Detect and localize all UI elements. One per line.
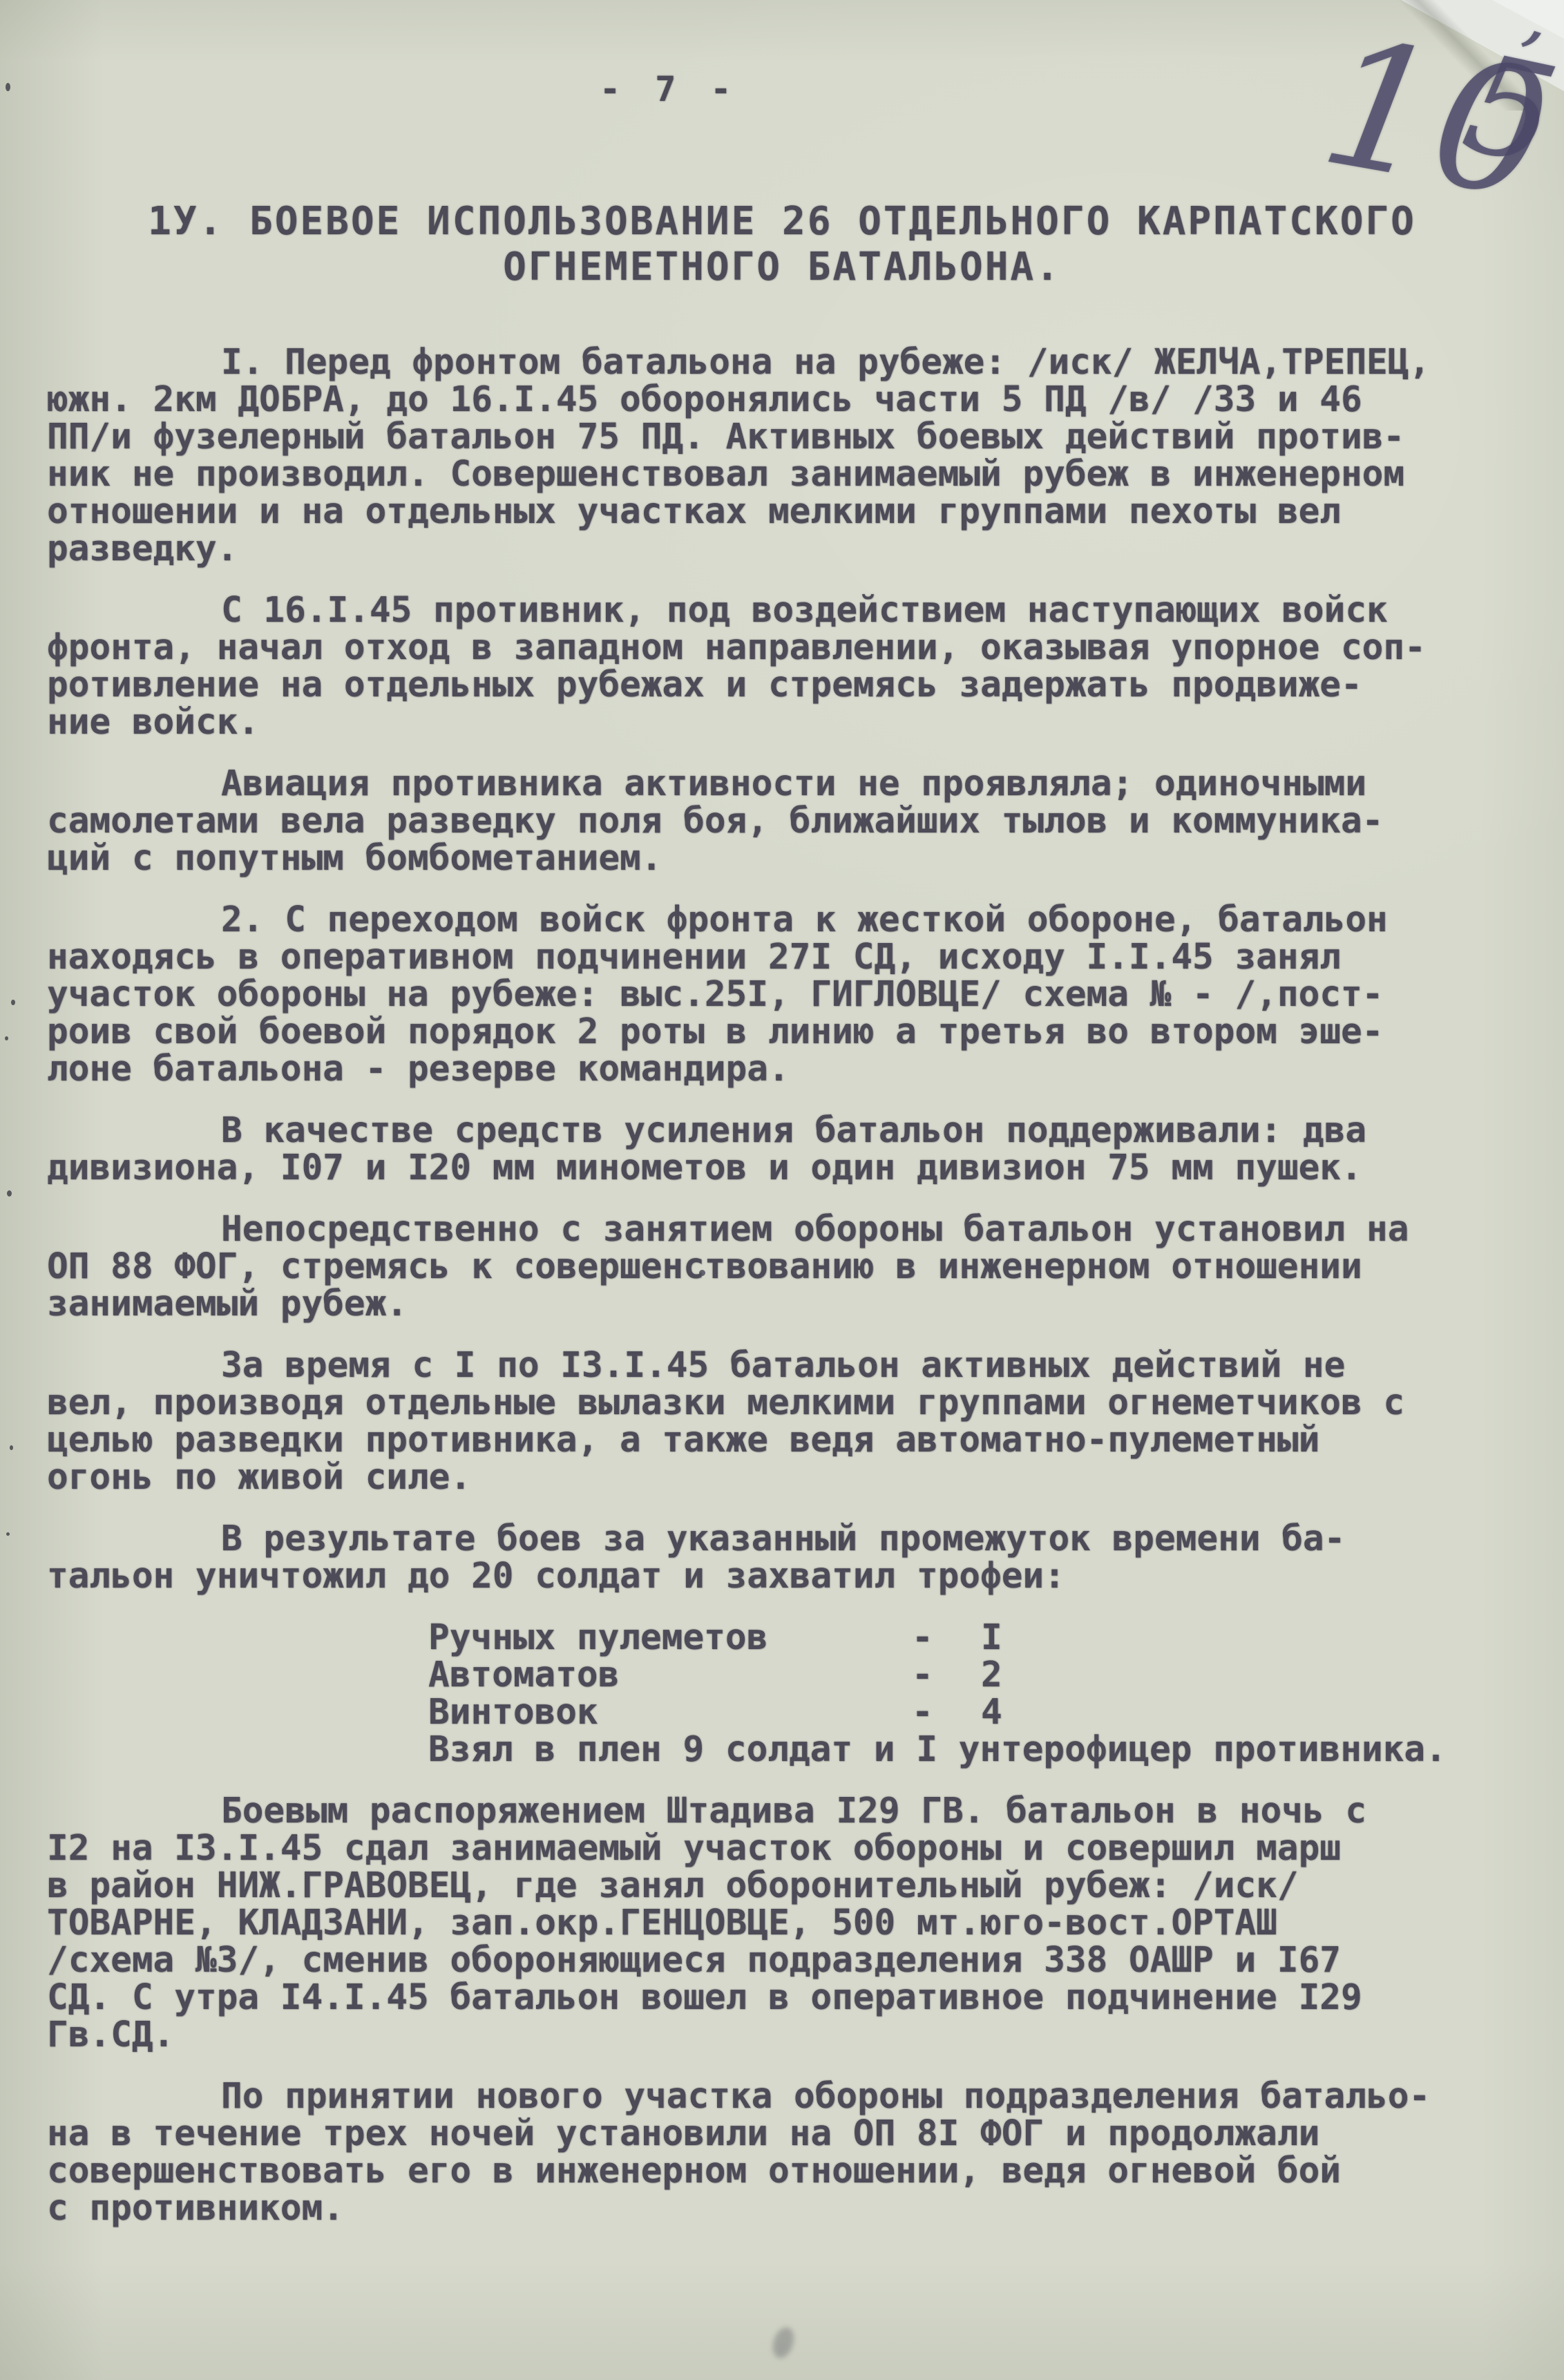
text-line: Гв.СД.: [47, 2017, 1511, 2054]
text-line: фронта, начал отход в западном направлен…: [47, 629, 1511, 667]
paragraph: В результате боев за указанный промежуто…: [47, 1521, 1511, 1595]
text-line: вел, производя отдельные вылазки мелкими…: [47, 1384, 1511, 1422]
ink-speck: [7, 1190, 12, 1197]
trophy-dash: -: [912, 1619, 981, 1657]
trophy-value: I: [981, 1619, 1002, 1657]
page-number: - 7 -: [600, 72, 738, 106]
trophy-summary-line: Взял в плен 9 солдат и I унтерофицер про…: [47, 1731, 1511, 1769]
trophy-label: Автоматов: [428, 1657, 912, 1694]
text-line: Боевым распоряжением Штадива I29 ГВ. бат…: [47, 1793, 1511, 1830]
text-line: дивизиона, I07 и I20 мм минометов и один…: [47, 1150, 1511, 1187]
paragraph: За время с I по I3.I.45 батальон активны…: [47, 1347, 1511, 1496]
trophy-dash: -: [912, 1657, 981, 1694]
text-line: с противником.: [47, 2190, 1511, 2227]
text-line: Авиация противника активности не проявля…: [47, 765, 1511, 803]
paragraph: В качестве средств усиления батальон под…: [47, 1112, 1511, 1187]
text-line: С 16.I.45 противник, под воздействием на…: [47, 592, 1511, 629]
text-line: ций с попутным бомбометанием.: [47, 840, 1511, 877]
document-page: - 7 - 10 5 ʼ 1У. БОЕВОЕ ИСПОЛЬЗОВАНИЕ 26…: [0, 0, 1564, 2380]
text-line: I. Перед фронтом батальона на рубеже: /и…: [47, 344, 1511, 381]
text-line: тальон уничтожил до 20 солдат и захватил…: [47, 1558, 1511, 1595]
text-line: ротивление на отдельных рубежах и стремя…: [47, 667, 1511, 704]
trophy-item: Ручных пулеметов - I: [47, 1619, 1511, 1657]
text-line: в район НИЖ.ГРАВОВЕЦ, где занял оборонит…: [47, 1867, 1511, 1905]
trophy-item: Автоматов - 2: [47, 1657, 1511, 1694]
text-line: южн. 2км ДОБРА, до 16.I.45 оборонялись ч…: [47, 381, 1511, 419]
trophy-label: Винтовок: [428, 1694, 912, 1731]
paragraph: Непосредственно с занятием обороны батал…: [47, 1211, 1511, 1323]
paper-smudge: [770, 2325, 798, 2361]
ink-speck: [11, 1000, 15, 1005]
paragraph: Боевым распоряжением Штадива I29 ГВ. бат…: [47, 1793, 1511, 2054]
text-line: ник не производил. Совершенствовал заним…: [47, 456, 1511, 493]
ink-speck: [5, 1036, 8, 1040]
text-line: роив свой боевой порядок 2 роты в линию …: [47, 1013, 1511, 1051]
text-line: целью разведки противника, а также ведя …: [47, 1422, 1511, 1459]
section-title-line-1: 1У. БОЕВОЕ ИСПОЛЬЗОВАНИЕ 26 ОТДЕЛЬНОГО К…: [0, 199, 1564, 245]
text-line: участок обороны на рубеже: выс.25I, ГИГЛ…: [47, 976, 1511, 1013]
trophy-dash: -: [912, 1694, 981, 1731]
trophy-item: Винтовок - 4: [47, 1694, 1511, 1731]
text-line: В качестве средств усиления батальон под…: [47, 1112, 1511, 1150]
ink-speck: [6, 83, 10, 91]
text-line: разведку.: [47, 531, 1511, 568]
text-line: ние войск.: [47, 704, 1511, 741]
paragraph: По принятии нового участка обороны подра…: [47, 2078, 1511, 2227]
trophy-label: Ручных пулеметов: [428, 1619, 912, 1657]
text-line: По принятии нового участка обороны подра…: [47, 2078, 1511, 2115]
text-line: В результате боев за указанный промежуто…: [47, 1521, 1511, 1558]
text-line: ТОВАРНЕ, КЛАДЗАНИ, зап.окр.ГЕНЦОВЦЕ, 500…: [47, 1905, 1511, 1942]
text-line: I2 на I3.I.45 сдал занимаемый участок об…: [47, 1830, 1511, 1867]
text-line: огонь по живой силе.: [47, 1459, 1511, 1496]
section-title: 1У. БОЕВОЕ ИСПОЛЬЗОВАНИЕ 26 ОТДЕЛЬНОГО К…: [0, 199, 1564, 290]
trophy-list: Ручных пулеметов - I Автоматов - 2 Винто…: [47, 1619, 1511, 1769]
trophy-value: 2: [981, 1657, 1002, 1694]
text-line: совершенствовать его в инженерном отноше…: [47, 2153, 1511, 2190]
text-line: на в течение трех ночей установили на ОП…: [47, 2115, 1511, 2153]
text-line: самолетами вела разведку поля боя, ближа…: [47, 803, 1511, 840]
text-line: За время с I по I3.I.45 батальон активны…: [47, 1347, 1511, 1384]
text-line: отношении и на отдельных участках мелким…: [47, 493, 1511, 531]
ink-speck: [6, 1532, 10, 1536]
text-line: ОП 88 ФОГ, стремясь к совершенствованию …: [47, 1248, 1511, 1286]
text-line: 2. С переходом войск фронта к жесткой об…: [47, 902, 1511, 939]
text-line: Непосредственно с занятием обороны батал…: [47, 1211, 1511, 1248]
trophy-value: 4: [981, 1694, 1002, 1731]
section-title-line-2: ОГНЕМЕТНОГО БАТАЛЬОНА.: [0, 245, 1564, 290]
paragraph: С 16.I.45 противник, под воздействием на…: [47, 592, 1511, 741]
text-line: /схема №3/, сменив обороняющиеся подразд…: [47, 1942, 1511, 1979]
text-line: лоне батальона - резерве командира.: [47, 1051, 1511, 1088]
paragraph: I. Перед фронтом батальона на рубеже: /и…: [47, 344, 1511, 568]
text-line: занимаемый рубеж.: [47, 1286, 1511, 1323]
text-line: ПП/и фузелерный батальон 75 ПД. Активных…: [47, 419, 1511, 456]
ink-speck: [10, 1445, 13, 1450]
document-body: I. Перед фронтом батальона на рубеже: /и…: [47, 344, 1511, 2252]
text-line: находясь в оперативном подчинении 27I СД…: [47, 939, 1511, 976]
paragraph: 2. С переходом войск фронта к жесткой об…: [47, 902, 1511, 1088]
paragraph: Авиация противника активности не проявля…: [47, 765, 1511, 877]
text-line: СД. С утра I4.I.45 батальон вошел в опер…: [47, 1979, 1511, 2017]
